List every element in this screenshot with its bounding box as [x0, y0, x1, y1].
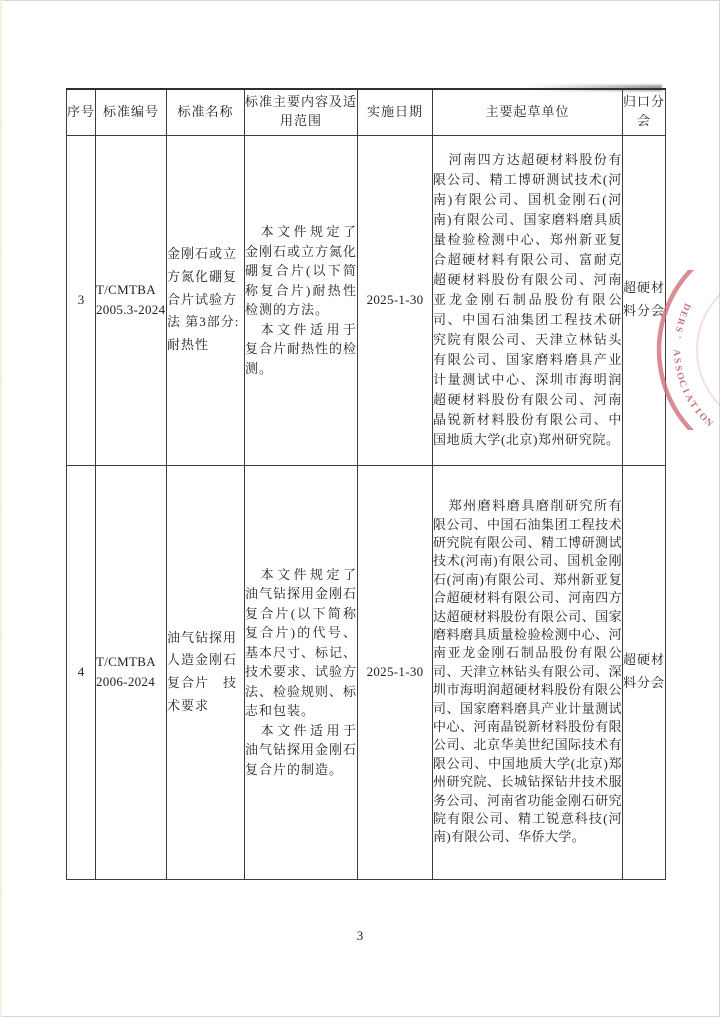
drafters-cell: 河南四方达超硬材料股份有限公司、精工博研测试技术(河南)有限公司、国机金刚石(河…: [433, 135, 623, 465]
header-name: 标准名称: [167, 89, 245, 135]
standard-name-cell: 金刚石或立方氮化硼复合片试验方法 第3部分:耐热性: [167, 135, 245, 465]
stamp-arc-letter: D: [680, 301, 692, 312]
header-committee: 归口分会: [623, 89, 666, 135]
standard-name-cell: 油气钻探用人造金刚石复合片 技术要求: [167, 465, 245, 879]
standard-code-cell: T/CMTBA 2005.3-2024: [96, 135, 167, 465]
scope-paragraph: 本文件适用于油气钻探用金刚石复合片的制造。: [245, 721, 357, 780]
header-seq: 序号: [67, 89, 96, 135]
scan-edge-tint: [0, 0, 4, 1017]
standards-table: 序号 标准编号 标准名称 标准主要内容及适用范围 实施日期 主要起草单位 归口分…: [66, 88, 666, 880]
stamp-outer-arc: [659, 270, 720, 430]
header-scope: 标准主要内容及适用范围: [245, 89, 358, 135]
scope-cell: 本文件规定了金刚石或立方氮化硼复合片(以下简称复合片)耐热性检测的方法。 本文件…: [245, 135, 358, 465]
standard-code-cell: T/CMTBA 2006-2024: [96, 465, 167, 879]
table-row: 4 T/CMTBA 2006-2024 油气钻探用人造金刚石复合片 技术要求 本…: [67, 465, 666, 879]
drafters-paragraph: 河南四方达超硬材料股份有限公司、精工博研测试技术(河南)有限公司、国机金刚石(河…: [433, 150, 622, 450]
stamp-arc-letter: N: [702, 417, 714, 429]
stamp-arc-letter: S: [673, 325, 684, 332]
drafters-paragraph: 郑州磨料磨具磨削研究所有限公司、中国石油集团工程技术研究院有限公司、精工博研测试…: [433, 497, 622, 847]
header-code: 标准编号: [96, 89, 167, 135]
scope-paragraph: 本文件规定了金刚石或立方氮化硼复合片(以下简称复合片)耐热性检测的方法。: [245, 222, 357, 320]
stamp-arc-letter: S: [671, 358, 682, 364]
implementation-date-cell: 2025-1-30: [358, 465, 433, 879]
stamp-arc-letter: S: [672, 365, 683, 372]
implementation-date-cell: 2025-1-30: [358, 135, 433, 465]
stamp-arc-letter: A: [683, 393, 695, 404]
scope-paragraph: 本文件适用于复合片耐热性的检测。: [245, 320, 357, 379]
stamp-arc-letter: E: [677, 309, 689, 319]
stamp-arc-letter: T: [687, 400, 699, 411]
committee-cell: 超硬材料分会: [623, 465, 666, 879]
stamp-arc-letter: A: [671, 349, 681, 356]
stamp-arc-letter: R: [674, 317, 686, 327]
table-header-row: 序号 标准编号 标准名称 标准主要内容及适用范围 实施日期 主要起草单位 归口分…: [67, 89, 666, 135]
table-row: 3 T/CMTBA 2005.3-2024 金刚石或立方氮化硼复合片试验方法 第…: [67, 135, 666, 465]
stamp-arc-letter: I: [680, 387, 691, 395]
scope-cell: 本文件规定了油气钻探用金刚石复合片(以下简称复合片)的代号、基本尺寸、标记、技术…: [245, 465, 358, 879]
header-date: 实施日期: [358, 89, 433, 135]
stamp-inner-arc: [697, 272, 720, 428]
drafters-cell: 郑州磨料磨具磨削研究所有限公司、中国石油集团工程技术研究院有限公司、精工博研测试…: [433, 465, 623, 879]
stamp-arc-letter: C: [676, 379, 688, 389]
page-number: 3: [0, 928, 720, 944]
stamp-arc-letter: I: [692, 407, 702, 416]
stamp-arc-letter: O: [674, 371, 686, 381]
stamp-arc-letter: ': [672, 335, 682, 339]
seq-cell: 3: [67, 135, 96, 465]
stamp-arc-letter: O: [696, 411, 708, 423]
header-drafters: 主要起草单位: [433, 89, 623, 135]
seq-cell: 4: [67, 465, 96, 879]
scope-paragraph: 本文件规定了油气钻探用金刚石复合片(以下简称复合片)的代号、基本尺寸、标记、技术…: [245, 565, 357, 721]
committee-cell: 超硬材料分会: [623, 135, 666, 465]
